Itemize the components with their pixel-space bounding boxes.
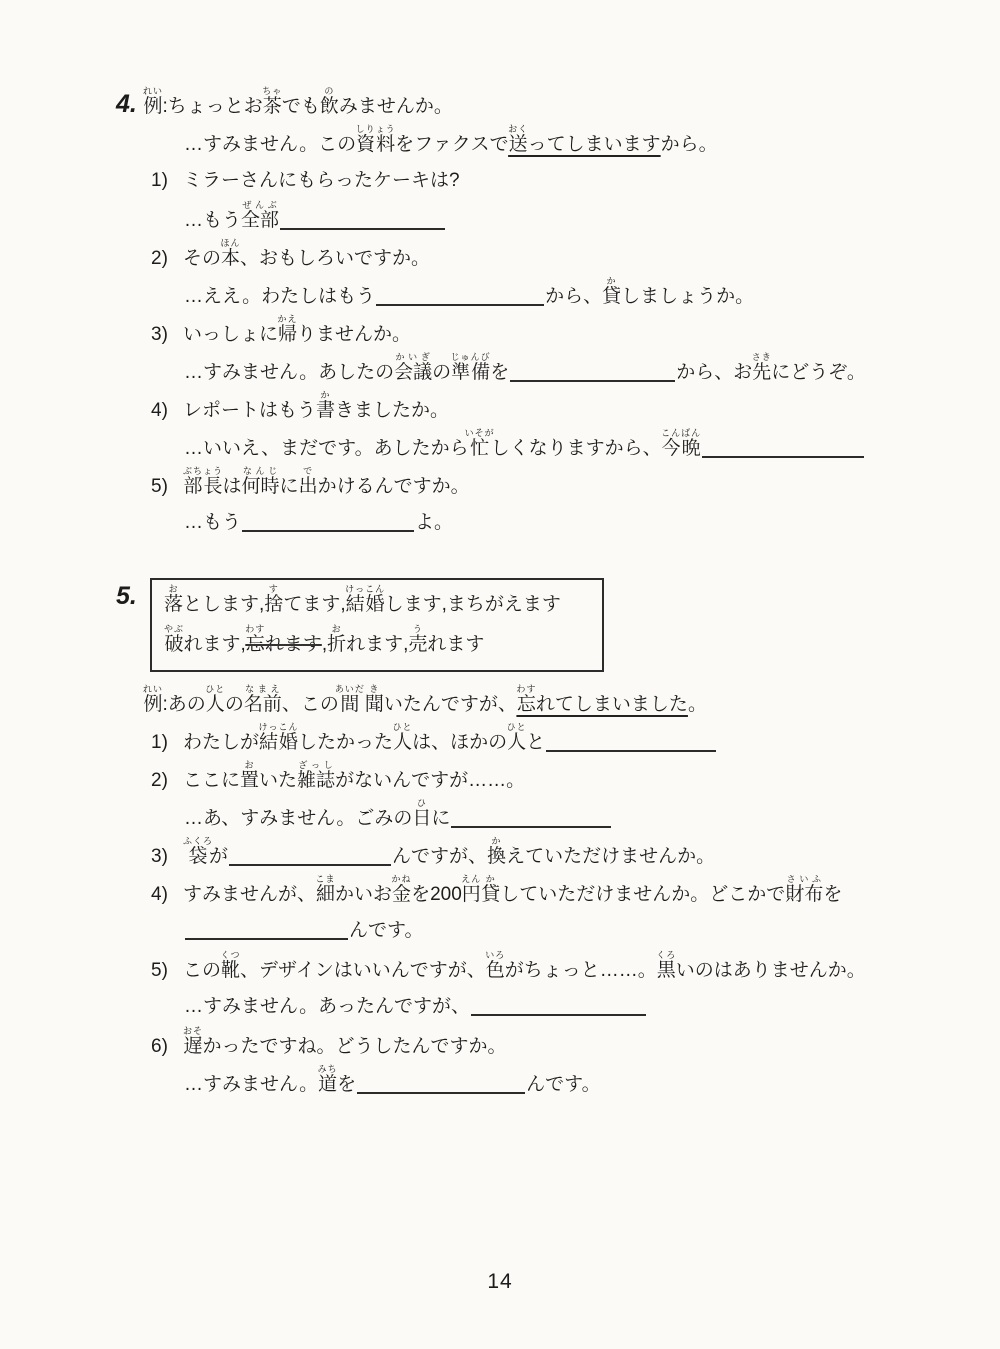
text-segment: …もう [184, 512, 241, 533]
text-segment: れます [265, 634, 322, 655]
furigana: けっこん [259, 722, 299, 732]
text-segment: いのはありませんか。 [676, 960, 866, 981]
furigana: お [164, 584, 183, 594]
text-segment: を200 [411, 884, 462, 905]
question-line: 5)部長ぶちょうは何時なんじに出でかけるんですか。 [118, 466, 972, 504]
text-segment: …すみません。あしたの [184, 362, 394, 383]
furigana: いろ [485, 950, 505, 960]
kanji-with-furigana: 遅おそ [183, 1036, 203, 1057]
kanji-with-furigana: 雑誌ざっし [297, 770, 335, 791]
kanji-with-furigana: 人ひと [393, 732, 412, 753]
kanji-with-furigana: 忙いそが [469, 438, 491, 459]
item-number: 5) [151, 468, 183, 506]
text-segment: がちょっと……。 [505, 960, 657, 981]
furigana: か [602, 276, 621, 286]
kanji-with-furigana: 折お [327, 634, 346, 655]
kanji-with-furigana: 日ひ [412, 808, 431, 829]
text-segment: は [223, 476, 242, 497]
kanji-with-furigana: 貸か [602, 286, 621, 307]
answer-blank[interactable] [357, 1092, 525, 1094]
wordbox-line: 破やぶれます,忘わすれます,折おれます,売うれます [164, 624, 590, 664]
text-segment: します,まちがえます [385, 594, 561, 615]
furigana: ざっし [297, 760, 335, 770]
section-4-lines: 例れい:ちょっとお茶ちゃでも飲のみませんか。…すみません。この資料しりょうをファ… [118, 86, 972, 542]
word-choice-box: 落おとします,捨すてます,結婚けっこんします,まちがえます破やぶれます,忘わすれ… [150, 578, 604, 672]
item-number: 3) [151, 316, 183, 354]
furigana: かね [392, 874, 412, 884]
text-segment: をファクスで [395, 134, 508, 155]
answer-blank[interactable] [280, 228, 445, 230]
kanji-with-furigana: 会議かいぎ [394, 362, 432, 383]
text-segment: わたしが [183, 732, 259, 753]
worksheet-content: 4. 例れい:ちょっとお茶ちゃでも飲のみませんか。…すみません。この資料しりょう… [118, 86, 972, 1102]
item-number: 1) [151, 724, 183, 762]
furigana: わす [516, 684, 536, 694]
furigana: か [316, 390, 335, 400]
answer-blank[interactable] [376, 304, 544, 306]
text-segment: れます [427, 634, 484, 655]
wordbox-line: 落おとします,捨すてます,結婚けっこんします,まちがえます [164, 584, 590, 624]
furigana: ひと [393, 722, 413, 732]
text-segment: みませんか。 [339, 96, 453, 117]
text-segment: れます, [346, 634, 408, 655]
answer-blank[interactable] [546, 750, 716, 752]
kanji-with-furigana: 書か [316, 400, 335, 421]
furigana: けっこん [345, 584, 385, 594]
kanji-with-furigana: 人ひと [206, 694, 225, 715]
kanji-with-furigana: 換か [487, 846, 506, 867]
kanji-with-furigana: 飲の [320, 96, 339, 117]
text-segment: んです。 [526, 1074, 600, 1095]
kanji-with-furigana: 例れい [143, 694, 163, 715]
answer-line: …いいえ、まだです。あしたから忙いそがしくなりますから、今晩こんばん [118, 428, 972, 466]
kanji-with-furigana: 名前なまえ [244, 694, 282, 715]
text-segment: ってしまいます [528, 134, 661, 155]
kanji-with-furigana: 貸か [481, 884, 500, 905]
text-segment: に [280, 476, 299, 497]
kanji-with-furigana: 準備じゅんび [451, 362, 490, 383]
furigana: こま [316, 874, 336, 884]
item-number: 5) [151, 952, 183, 990]
item-number: 4) [151, 876, 183, 914]
kanji-with-furigana: 袋ふくろ [183, 846, 209, 867]
text-segment: を [823, 884, 842, 905]
text-segment: きましたか。 [335, 400, 449, 421]
answer-line: …もう全部ぜんぶ [118, 200, 972, 238]
furigana: お [327, 624, 346, 634]
kanji-with-furigana: 黒くろ [657, 960, 676, 981]
text-segment: えていただけませんか。 [506, 846, 715, 867]
kanji-with-furigana: 置お [240, 770, 259, 791]
text-segment: したかった [298, 732, 393, 753]
furigana: しりょう [356, 124, 396, 134]
answer-line: …すみません。この資料しりょうをファクスで送おくってしまいますから。 [118, 124, 972, 162]
kanji-with-furigana: 全部ぜんぶ [241, 210, 279, 231]
answer-line: …すみません。あったんですが、 [118, 988, 972, 1026]
word-choice-lines: 落おとします,捨すてます,結婚けっこんします,まちがえます破やぶれます,忘わすれ… [164, 584, 590, 664]
kanji-with-furigana: 先さき [752, 362, 771, 383]
kanji-with-furigana: 茶ちゃ [263, 96, 282, 117]
section-5: 5. 落おとします,捨すてます,結婚けっこんします,まちがえます破やぶれます,忘… [118, 578, 972, 1102]
text-segment: から、 [545, 286, 602, 307]
kanji-with-furigana: 細こま [316, 884, 335, 905]
furigana: あいだ [335, 684, 365, 694]
text-segment: …いいえ、まだです。あしたから [184, 438, 469, 459]
question-line: 1)わたしが結婚けっこんしたかった人ひとは、ほかの人ひとと [118, 722, 972, 760]
item-number: 1) [151, 162, 183, 200]
text-segment: …すみません。あったんですが、 [184, 996, 470, 1017]
text-segment: んですが、 [392, 846, 487, 867]
furigana: こんばん [661, 428, 701, 438]
furigana: さき [752, 352, 772, 362]
text-segment: は、ほかの [412, 732, 507, 753]
text-segment: を [490, 362, 509, 383]
kanji-with-furigana: 捨す [264, 594, 283, 615]
question-line: 3)いっしょに帰かえりませんか。 [118, 314, 972, 352]
text-segment: レポートはもう [183, 400, 316, 421]
furigana: いそが [465, 428, 495, 438]
kanji-with-furigana: 落お [164, 594, 183, 615]
text-segment: しくなりますから、 [491, 438, 662, 459]
question-line: 4)すみませんが、細こまかいお金かねを200円えん貸かしていただけませんか。どこ… [118, 874, 972, 912]
furigana: なんじ [242, 466, 280, 476]
furigana: やぶ [164, 624, 184, 634]
kanji-with-furigana: 靴くつ [221, 960, 240, 981]
text-segment: よ。 [415, 512, 453, 533]
furigana: おく [508, 124, 528, 134]
text-segment: れてしまいました [536, 694, 688, 715]
furigana: わす [245, 624, 265, 634]
section-5-lines: 例れい:あの人ひとの名前なまえ、この間あいだ聞きいたんですが、忘わすれてしまいま… [118, 684, 972, 1102]
text-segment: 、この [282, 694, 339, 715]
kanji-with-furigana: 部長ぶちょう [183, 476, 223, 497]
furigana: さいふ [785, 874, 823, 884]
text-segment: に [431, 808, 450, 829]
item-number: 4) [151, 392, 183, 430]
question-line: 5)この靴くつ、デザインはいいんですが、色いろがちょっと……。黒くろいのはありま… [118, 950, 972, 988]
text-segment: いっしょに [183, 324, 278, 345]
kanji-with-furigana: 今晩こんばん [662, 438, 702, 459]
text-segment: かけるんですか。 [318, 476, 470, 497]
answer-blank[interactable] [702, 456, 864, 458]
answer-blank[interactable] [242, 530, 414, 532]
text-segment: かったですね。どうしたんですか。 [203, 1036, 507, 1057]
furigana: う [408, 624, 427, 634]
kanji-with-furigana: 色いろ [486, 960, 505, 981]
kanji-with-furigana: 間あいだ [339, 694, 365, 715]
item-number: 6) [151, 1028, 183, 1066]
furigana: ぜんぶ [241, 200, 279, 210]
text-segment: にどうぞ。 [771, 362, 866, 383]
answer-line: …あ、すみません。ごみの日ひに [118, 798, 972, 836]
furigana: お [240, 760, 259, 770]
answer-line: …すみません。あしたの会議かいぎの準備じゅんびをから、お先さきにどうぞ。 [118, 352, 972, 390]
furigana: みち [318, 1064, 338, 1074]
kanji-with-furigana: 忘わす [246, 634, 265, 655]
text-segment: いたんですが、 [384, 694, 517, 715]
question-line: 2)ここに置おいた雑誌ざっしがないんですが……。 [118, 760, 972, 798]
answer-line: …すみません。道みちをんです。 [118, 1064, 972, 1102]
text-segment: …すみません。 [184, 1074, 318, 1095]
text-segment: 、おもしろいですか。 [240, 248, 430, 269]
furigana: か [487, 836, 506, 846]
example-line: 例れい:ちょっとお茶ちゃでも飲のみませんか。 [118, 86, 972, 124]
text-segment: から、お [676, 362, 752, 383]
example-line: 例れい:あの人ひとの名前なまえ、この間あいだ聞きいたんですが、忘わすれてしまいま… [118, 684, 972, 722]
question-line: 3)袋ふくろがんですが、換かえていただけませんか。 [118, 836, 972, 874]
kanji-with-furigana: 資料しりょう [356, 134, 395, 155]
text-segment: しましょうか。 [621, 286, 754, 307]
furigana: ふくろ [183, 836, 213, 846]
furigana: ほん [221, 238, 241, 248]
furigana: ひと [507, 722, 527, 732]
kanji-with-furigana: 本ほん [221, 248, 240, 269]
answer-blank[interactable] [185, 938, 348, 940]
text-segment: を [337, 1074, 356, 1095]
text-segment: すみませんが、 [183, 884, 316, 905]
text-segment: していただけませんか。どこかで [500, 884, 785, 905]
question-line: 1)ミラーさんにもらったケーキは? [118, 162, 972, 200]
text-segment: が [209, 846, 228, 867]
kanji-with-furigana: 売う [408, 634, 427, 655]
text-segment: この [183, 960, 221, 981]
furigana: れい [143, 684, 163, 694]
kanji-with-furigana: 忘わす [517, 694, 536, 715]
kanji-with-furigana: 出で [299, 476, 318, 497]
furigana: おそ [183, 1026, 203, 1036]
page-number: 14 [0, 1270, 1000, 1294]
kanji-with-furigana: 結婚けっこん [259, 732, 298, 753]
question-line: 6)遅おそかったですね。どうしたんですか。 [118, 1026, 972, 1064]
kanji-with-furigana: 送おく [509, 134, 528, 155]
text-segment: いた [259, 770, 297, 791]
furigana: の [320, 86, 339, 96]
kanji-with-furigana: 財布さいふ [785, 884, 823, 905]
furigana: す [264, 584, 283, 594]
furigana: えん [461, 874, 481, 884]
text-segment: の [432, 362, 451, 383]
answer-line: …もうよ。 [118, 504, 972, 542]
furigana: れい [143, 86, 163, 96]
text-segment: :ちょっとお [163, 96, 263, 117]
text-segment: がないんですが……。 [335, 770, 525, 791]
section-5-number: 5. [116, 582, 137, 611]
text-segment: でも [282, 96, 320, 117]
answer-blank[interactable] [451, 826, 611, 828]
item-number: 2) [151, 240, 183, 278]
question-line: 4)レポートはもう書かきましたか。 [118, 390, 972, 428]
text-segment: かいお [335, 884, 392, 905]
workbook-page: 4. 例れい:ちょっとお茶ちゃでも飲のみませんか。…すみません。この資料しりょう… [0, 0, 1000, 1349]
text-segment: …ええ。わたしはもう [184, 286, 375, 307]
kanji-with-furigana: 何時なんじ [242, 476, 280, 497]
furigana: ちゃ [262, 86, 282, 96]
text-segment: 、デザインはいいんですが、 [240, 960, 486, 981]
furigana: くろ [656, 950, 676, 960]
kanji-with-furigana: 結婚けっこん [346, 594, 385, 615]
section-4-number: 4. [116, 90, 137, 119]
furigana: き [365, 684, 384, 694]
answer-line: …ええ。わたしはもうから、貸かしましょうか。 [118, 276, 972, 314]
text-segment: ミラーさんにもらったケーキは? [183, 170, 460, 191]
text-segment: んです。 [349, 920, 423, 941]
continuation-line: んです。 [118, 912, 972, 950]
text-segment: ここに [183, 770, 240, 791]
kanji-with-furigana: 道みち [318, 1074, 337, 1095]
text-segment: と [526, 732, 545, 753]
kanji-with-furigana: 金かね [392, 884, 411, 905]
kanji-with-furigana: 破やぶ [164, 634, 184, 655]
furigana: なまえ [244, 684, 282, 694]
text-segment: :あの [163, 694, 206, 715]
kanji-with-furigana: 帰かえ [278, 324, 297, 345]
text-segment: てます, [283, 594, 345, 615]
furigana: で [299, 466, 318, 476]
text-segment: …あ、すみません。ごみの [184, 808, 412, 829]
answer-blank[interactable] [229, 864, 391, 866]
text-segment: 。 [688, 694, 707, 715]
text-segment: りませんか。 [297, 324, 411, 345]
answer-blank[interactable] [510, 380, 675, 382]
text-segment: から。 [661, 134, 718, 155]
text-segment: れます, [184, 634, 246, 655]
section-4: 4. 例れい:ちょっとお茶ちゃでも飲のみませんか。…すみません。この資料しりょう… [118, 86, 972, 542]
furigana: ひ [412, 798, 431, 808]
text-segment: の [225, 694, 244, 715]
furigana: ひと [205, 684, 225, 694]
furigana: かえ [278, 314, 298, 324]
text-segment: …もう [184, 210, 241, 231]
text-segment: とします, [183, 594, 264, 615]
furigana: くつ [221, 950, 241, 960]
text-segment: …すみません。この [184, 134, 356, 155]
text-segment: その [183, 248, 221, 269]
item-number: 3) [151, 838, 183, 876]
furigana: ぶちょう [183, 466, 223, 476]
kanji-with-furigana: 人ひと [507, 732, 526, 753]
question-line: 2)その本ほん、おもしろいですか。 [118, 238, 972, 276]
item-number: 2) [151, 762, 183, 800]
kanji-with-furigana: 例れい [143, 96, 163, 117]
furigana: じゅんび [451, 352, 491, 362]
answer-blank[interactable] [471, 1014, 646, 1016]
kanji-with-furigana: 聞き [365, 694, 384, 715]
furigana: かいぎ [394, 352, 432, 362]
furigana: か [481, 874, 500, 884]
kanji-with-furigana: 円えん [462, 884, 482, 905]
